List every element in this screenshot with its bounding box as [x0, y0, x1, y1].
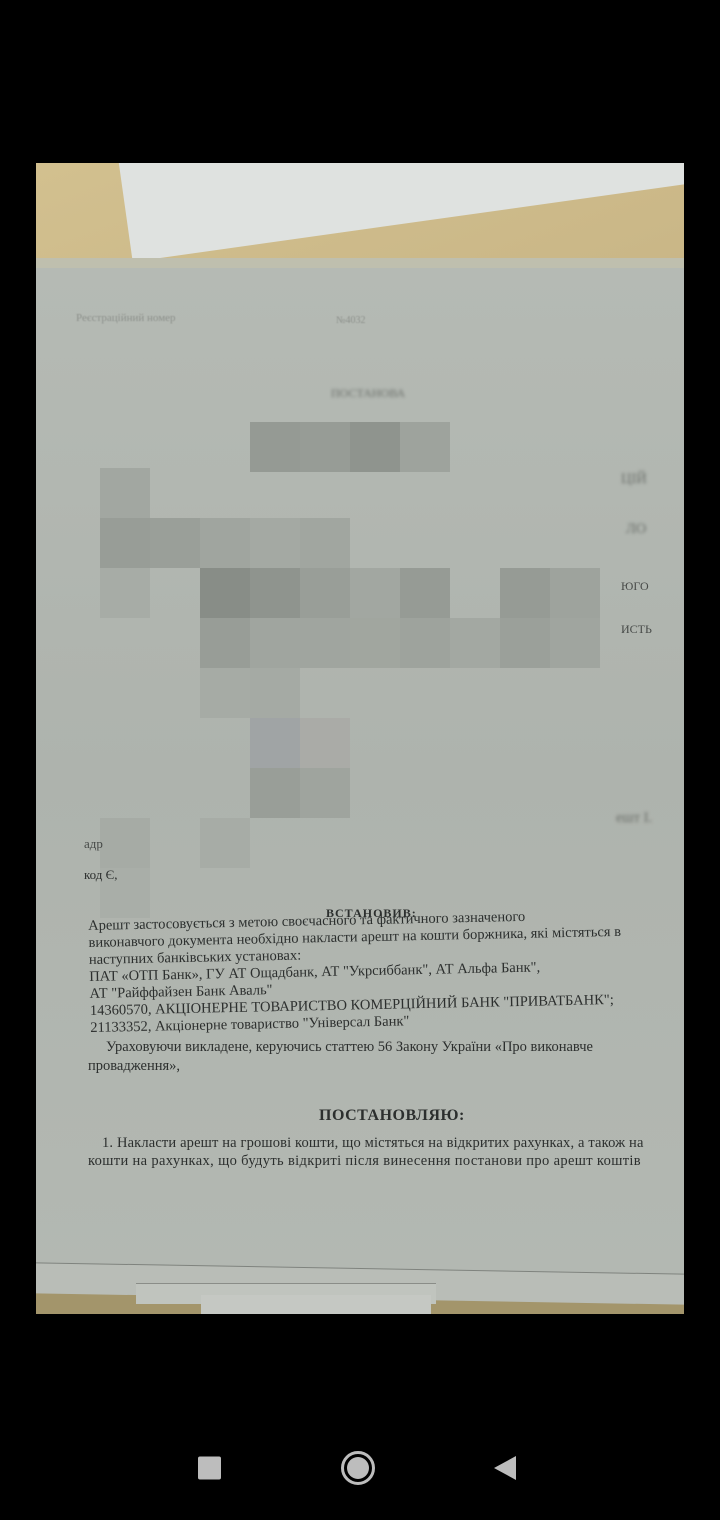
redaction-block: [350, 422, 400, 472]
right-fragment-2: ЛО: [626, 521, 646, 538]
right-fragment-1: ЦІЙ: [621, 471, 647, 488]
redaction-block: [250, 422, 300, 472]
right-fragment-4: ИСТЬ: [621, 621, 652, 638]
redaction-block: [300, 618, 350, 668]
redaction-block: [500, 618, 550, 668]
redaction-block: [250, 768, 300, 818]
redaction-block: [300, 422, 350, 472]
redaction-block: [200, 618, 250, 668]
resolution-item-1-line-2: кошти на рахунках, що будуть відкриті пі…: [88, 1153, 641, 1170]
redaction-block: [350, 568, 400, 618]
redaction-block: [250, 518, 300, 568]
document-photo: Реєстраційний номер №4032 ПОСТАНОВА ЦІЙ …: [36, 163, 684, 1314]
sheet-edge: [201, 1295, 431, 1314]
redaction-block: [200, 568, 250, 618]
redaction-block: [100, 568, 150, 618]
considering-line-1: Ураховуючи викладене, керуючись статтею …: [106, 1039, 593, 1056]
redaction-block: [200, 668, 250, 718]
header-center: №4032: [336, 312, 366, 329]
redaction-block: [500, 568, 550, 618]
redaction-block: [250, 568, 300, 618]
redaction-block: [350, 618, 400, 668]
home-circle-icon[interactable]: [341, 1451, 375, 1485]
redaction-block: [300, 768, 350, 818]
back-triangle-icon[interactable]: [494, 1456, 516, 1480]
redaction-block: [550, 618, 600, 668]
redaction-block: [300, 568, 350, 618]
document-title-fragment: ПОСТАНОВА: [331, 385, 405, 402]
established-paragraph: Арешт застосовується з метою своєчасного…: [88, 907, 623, 1037]
code-fragment: код Є,: [84, 866, 117, 883]
redaction-block: [300, 518, 350, 568]
redaction-block: [550, 568, 600, 618]
redaction-block: [450, 618, 500, 668]
redaction-block: [250, 618, 300, 668]
redaction-block: [150, 518, 200, 568]
redaction-block: [400, 618, 450, 668]
resolution-item-1-line-1: 1. Накласти арешт на грошові кошти, що м…: [102, 1135, 644, 1152]
redaction-block: [250, 668, 300, 718]
document-sheet: Реєстраційний номер №4032 ПОСТАНОВА ЦІЙ …: [36, 268, 684, 1278]
header-left: Реєстраційний номер: [76, 310, 176, 327]
redaction-block: [200, 818, 250, 868]
redaction-block: [300, 718, 350, 768]
considering-line-2: провадження»,: [88, 1058, 180, 1075]
resolution-heading: ПОСТАНОВЛЯЮ:: [319, 1107, 465, 1124]
redaction-block: [100, 518, 150, 568]
redaction-block: [200, 518, 250, 568]
address-fragment: адр: [84, 835, 103, 852]
redaction-block: [250, 718, 300, 768]
right-fragment-5: ешт І.: [616, 810, 652, 827]
android-navigation-bar: [0, 1420, 720, 1520]
redaction-block: [100, 818, 150, 868]
home-circle-inner: [347, 1457, 369, 1479]
redaction-block: [400, 422, 450, 472]
recents-square-icon[interactable]: [198, 1457, 221, 1480]
right-fragment-3: ЮГО: [621, 578, 649, 595]
redaction-block: [400, 568, 450, 618]
redaction-block: [100, 468, 150, 518]
